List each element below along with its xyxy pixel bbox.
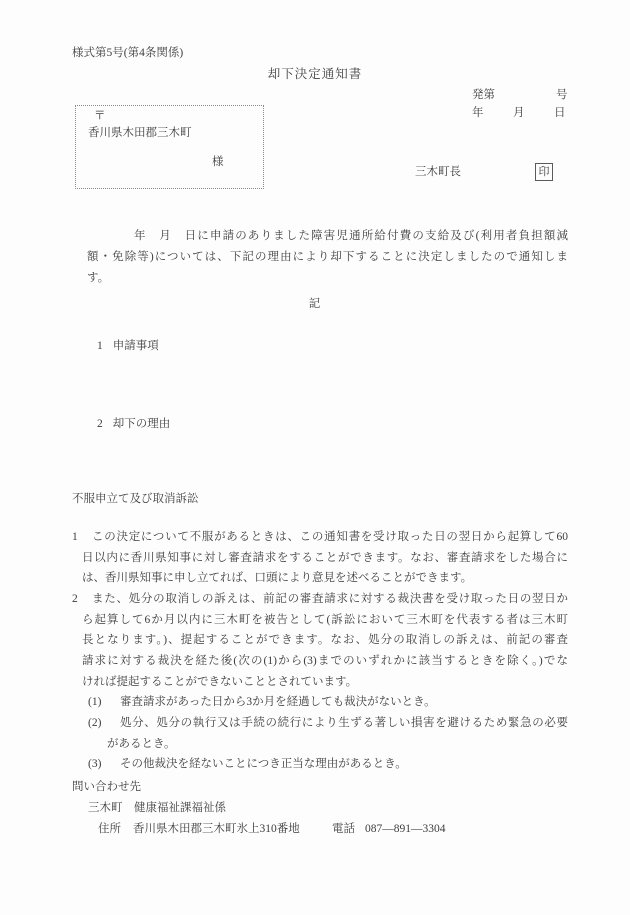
date-day-label: 日 bbox=[554, 106, 566, 121]
issue-number-prefix: 発第 bbox=[472, 88, 495, 103]
appeal-item-2-line-2: ら起算して6か月以内に三木町を被告として(訴訟において三木町を代表する者は三木町 bbox=[82, 613, 568, 629]
appeal-item-2-line-3: 長となります。)、提起することができます。なお、処分の取消しの訴えは、前記の審査 bbox=[82, 633, 568, 649]
appeal-subitem-2-line-1: 処分、処分の執行又は手続の続行により生ずる著しい損害を避けるため緊急の必要 bbox=[120, 716, 568, 732]
form-number: 様式第5号(第4条関係) bbox=[72, 46, 183, 61]
contact-address-label: 住所 bbox=[98, 822, 121, 837]
ki-marker: 記 bbox=[0, 297, 630, 312]
appeal-subitem-3-number: (3) bbox=[88, 757, 101, 772]
body-line-3: す。 bbox=[87, 271, 109, 286]
contact-phone: 087―891―3304 bbox=[365, 822, 446, 837]
appeal-item-1-line-3: は、香川県知事に申し立てれば、口頭により意見を述べることができます。 bbox=[82, 571, 472, 586]
date-month-label: 月 bbox=[513, 106, 525, 121]
record-item-1-number: 1 bbox=[97, 340, 103, 352]
appeal-item-2-number: 2 bbox=[72, 592, 78, 607]
issuer-title: 三木町長 bbox=[415, 165, 461, 180]
contact-address: 香川県木田郡三木町氷上310番地 bbox=[133, 822, 300, 837]
appeal-item-1-line-2: 日以内に香川県知事に対し審査請求をすることができます。なお、審査請求をした場合に bbox=[82, 551, 568, 567]
contact-office: 三木町 健康福祉課福祉係 bbox=[88, 801, 226, 816]
record-item-2: 2却下の理由 bbox=[97, 417, 170, 432]
appeal-subitem-1-number: (1) bbox=[88, 695, 101, 710]
appeal-item-2-line-5: ければ提起することができないこととされています。 bbox=[82, 675, 357, 690]
appeal-item-2-line-4: 請求に対する裁決を経た後(次の(1)から(3)までのいずれかに該当するときを除く… bbox=[82, 654, 568, 670]
recipient-honorific: 様 bbox=[212, 155, 224, 170]
appeal-subitem-3-text: その他裁決を経ないことにつき正当な理由があるとき。 bbox=[120, 757, 407, 772]
appeal-subitem-2-line-2: があるとき。 bbox=[107, 737, 176, 752]
appeal-subitem-1-text: 審査請求があった日から3か月を経過しても裁決がないとき。 bbox=[120, 695, 436, 710]
contact-heading: 問い合わせ先 bbox=[72, 780, 141, 795]
appeal-subitem-2-number: (2) bbox=[88, 716, 101, 731]
appeal-item-1-line-1: この決定について不服があるときは、この通知書を受け取った日の翌日から起算して60 bbox=[92, 530, 568, 546]
appeal-heading: 不服申立て及び取消訴訟 bbox=[72, 492, 199, 507]
body-line-2: 額・免除等)については、下記の理由により却下することに決定しましたので通知しま bbox=[87, 250, 568, 266]
issue-number-suffix: 号 bbox=[556, 88, 568, 103]
record-item-2-label: 却下の理由 bbox=[113, 418, 171, 430]
appeal-item-2-line-1: また、処分の取消しの訴えは、前記の審査請求に対する裁決書を受け取った日の翌日か bbox=[92, 592, 568, 608]
body-line-1: 年 月 日に申請のありました障害児通所給付費の支給及び(利用者負担額減 bbox=[134, 229, 568, 245]
contact-phone-label: 電話 bbox=[332, 822, 355, 837]
seal-mark: 印 bbox=[539, 167, 550, 178]
record-item-2-number: 2 bbox=[97, 418, 103, 430]
record-item-1: 1申請事項 bbox=[97, 339, 159, 354]
recipient-address-box: 〒 香川県木田郡三木町 様 bbox=[75, 105, 264, 189]
recipient-address: 香川県木田郡三木町 bbox=[88, 126, 192, 141]
document-page: 様式第5号(第4条関係) 却下決定通知書 発第 号 年 月 日 〒 香川県木田郡… bbox=[0, 0, 630, 915]
document-title: 却下決定通知書 bbox=[0, 66, 630, 82]
record-item-1-label: 申請事項 bbox=[113, 340, 159, 352]
date-year-label: 年 bbox=[472, 106, 484, 121]
postal-mark: 〒 bbox=[94, 109, 106, 124]
appeal-item-1-number: 1 bbox=[72, 530, 78, 545]
seal-box: 印 bbox=[535, 163, 553, 181]
